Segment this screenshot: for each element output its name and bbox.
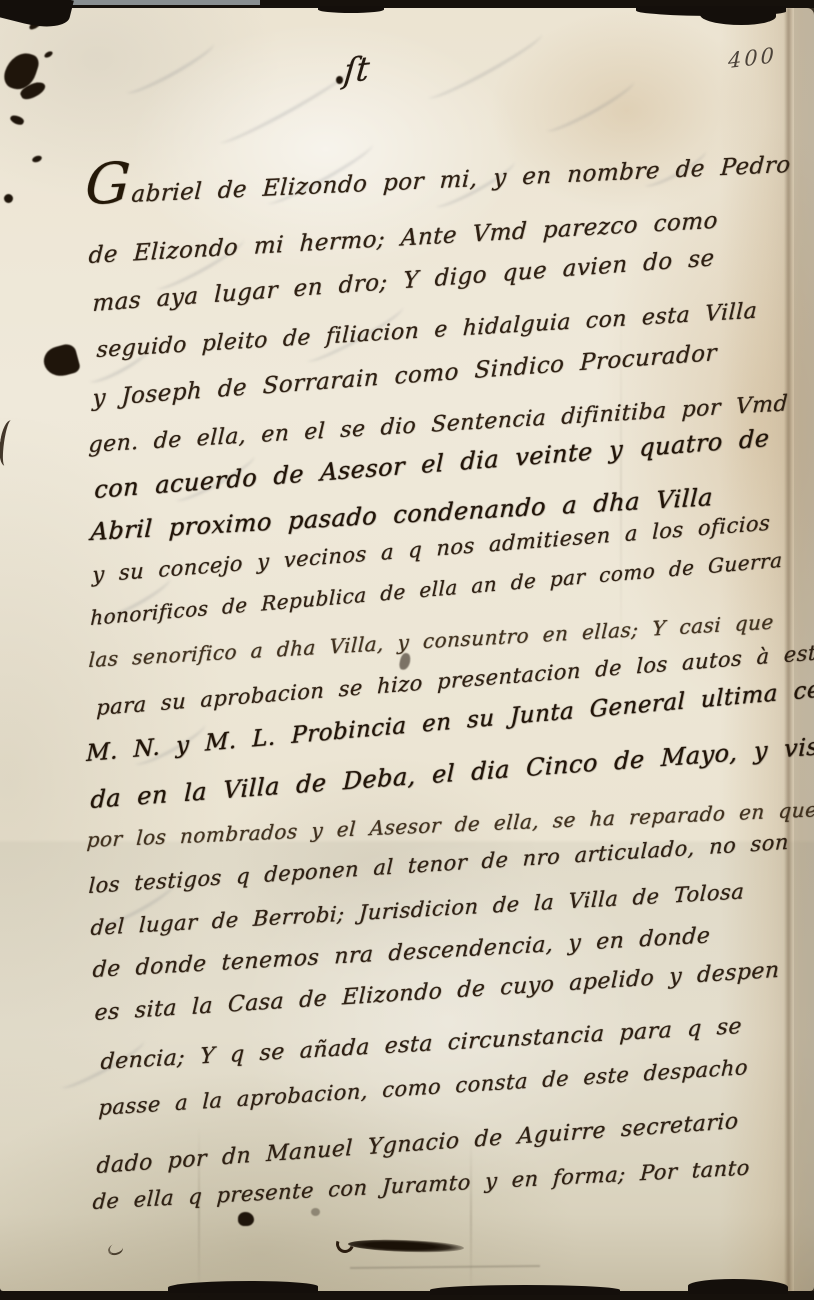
ink-blot [238, 1212, 254, 1226]
flourish-stroke [348, 1238, 464, 1254]
manuscript-page: 400 ſt Gabriel de Elizondo por mi, y en … [0, 8, 814, 1291]
margin-mark [107, 1242, 124, 1257]
scan-border-bump [430, 1285, 620, 1295]
bleedthrough-stroke [122, 37, 217, 99]
ink-blot [311, 1208, 320, 1216]
notary-mark: ſt [342, 48, 372, 90]
ink-blot [41, 342, 82, 380]
ink-blot [31, 154, 42, 163]
ink-blot [4, 194, 13, 203]
closing-flourish [336, 1232, 468, 1260]
ink-blot [43, 50, 53, 59]
paper-crease [470, 1138, 472, 1298]
bleedthrough-stroke [216, 63, 355, 150]
scan-border-bump [168, 1281, 318, 1293]
scan-border-bump [688, 1279, 788, 1294]
margin-stroke [0, 419, 19, 467]
bleedthrough-stroke [424, 27, 545, 104]
faint-line [350, 1265, 540, 1269]
ink-blot [9, 113, 25, 126]
ink-blot [398, 652, 411, 671]
scanned-document: 400 ſt Gabriel de Elizondo por mi, y en … [0, 0, 814, 1300]
bleedthrough-stroke [542, 75, 637, 137]
scan-border-bump [318, 6, 384, 13]
ink-blot [336, 76, 343, 84]
